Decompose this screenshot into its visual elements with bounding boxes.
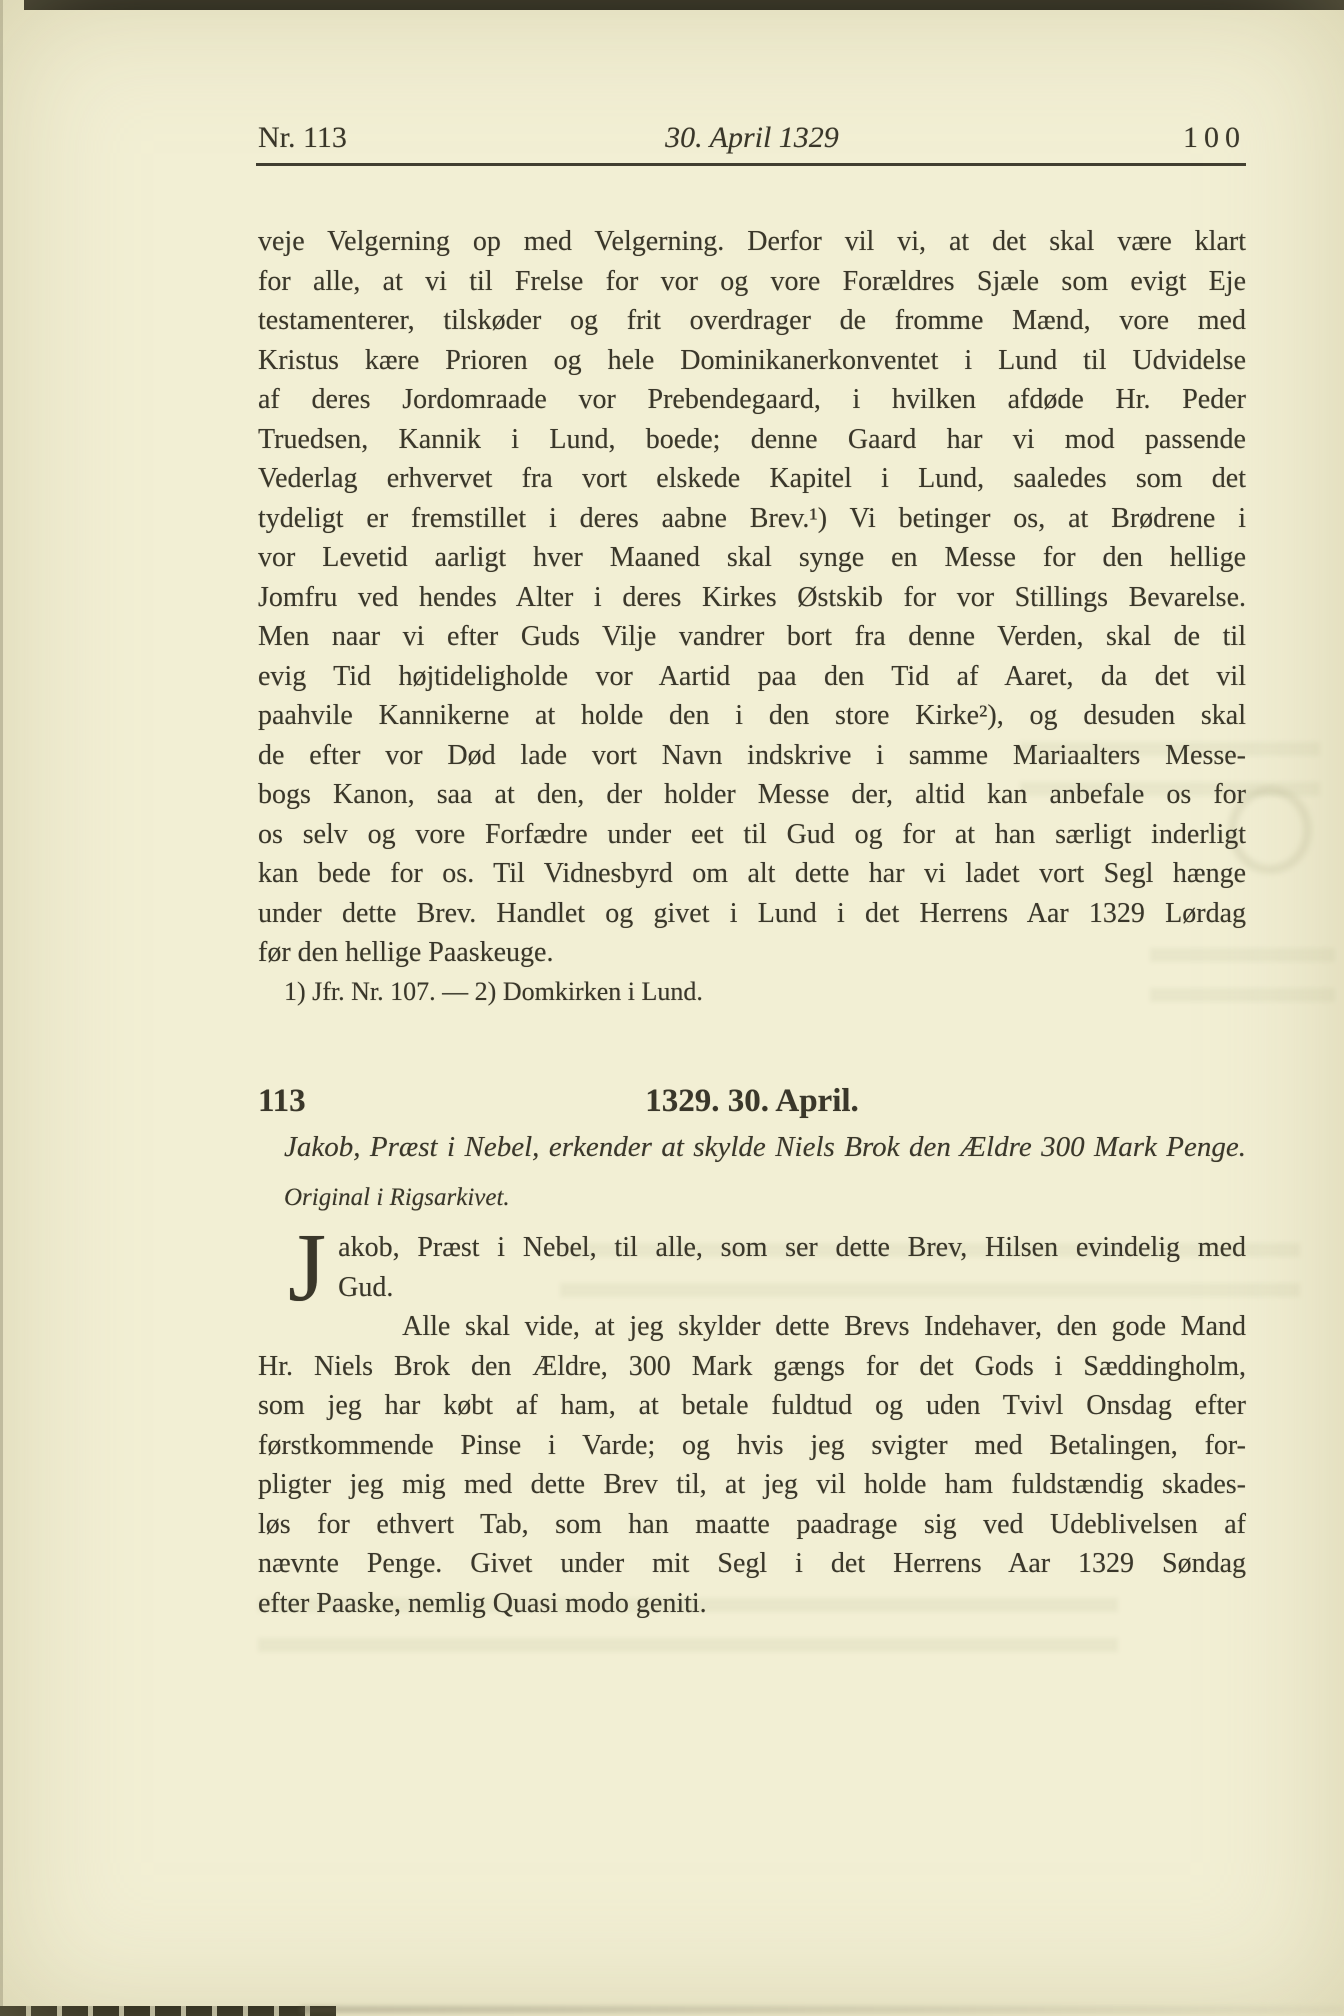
body-line: Hr. Niels Brok den Ældre, 300 Mark gængs…: [258, 1347, 1246, 1387]
body-line: evig Tid højtideligholde vor Aartid paa …: [258, 657, 1246, 697]
body-line: pligter jeg mig med dette Brev til, at j…: [258, 1465, 1246, 1505]
body-line: nævnte Penge. Givet under mit Segl i det…: [258, 1544, 1246, 1584]
doc-113-summary: Jakob, Præst i Nebel, erkender at skylde…: [258, 1131, 1246, 1164]
doc-113-date-heading: 1329. 30. April.: [645, 1083, 859, 1120]
doc-112-footnote: 1) Jfr. Nr. 107. — 2) Domkirken i Lund.: [284, 977, 703, 1007]
body-line: os selv og vore Forfædre under eet til G…: [258, 815, 1246, 855]
body-line: paahvile Kannikerne at holde den i den s…: [258, 696, 1246, 736]
body-line: under dette Brev. Handlet og givet i Lun…: [258, 894, 1246, 934]
body-line: løs for ethvert Tab, som han maatte paad…: [258, 1505, 1246, 1545]
body-line: vor Levetid aarligt hver Maaned skal syn…: [258, 538, 1246, 578]
left-scan-edge: [0, 0, 3, 2016]
body-line: Alle skal vide, at jeg skylder dette Bre…: [258, 1307, 1246, 1347]
doc-113-number: 113: [258, 1083, 306, 1119]
bottom-scan-dashes: [0, 2006, 336, 2016]
page-number: 100: [1183, 121, 1246, 155]
doc-112-text: veje Velgerning op med Velgerning. Derfo…: [258, 222, 1246, 973]
dropcap-initial: J: [258, 1228, 338, 1308]
doc-113-source-note: Original i Rigsarkivet.: [284, 1184, 510, 1212]
body-line: Vederlag erhvervet fra vort elskede Kapi…: [258, 459, 1246, 499]
body-line: Men naar vi efter Guds Vilje vandrer bor…: [258, 617, 1246, 657]
body-line: førstkommende Pinse i Varde; og hvis jeg…: [258, 1426, 1246, 1466]
body-line: bogs Kanon, saa at den, der holder Messe…: [258, 775, 1246, 815]
salutation-line-2: Gud.: [258, 1268, 1246, 1308]
body-line: Jomfru ved hendes Alter i deres Kirkes Ø…: [258, 578, 1246, 618]
header-running-date: 30. April 1329: [665, 121, 839, 155]
doc-113-heading: 113 1329. 30. April.: [258, 1083, 1246, 1120]
salutation-line-1: akob, Præst i Nebel, til alle, som ser d…: [258, 1228, 1246, 1268]
body-line: efter Paaske, nemlig Quasi modo geniti.: [258, 1584, 1246, 1624]
body-line: veje Velgerning op med Velgerning. Derfo…: [258, 222, 1246, 262]
body-line: Truedsen, Kannik i Lund, boede; denne Ga…: [258, 420, 1246, 460]
body-line: Kristus kære Prioren og hele Dominikaner…: [258, 341, 1246, 381]
body-line: for alle, at vi til Frelse for vor og vo…: [258, 262, 1246, 302]
bottom-scan-smudge: [300, 2006, 1344, 2013]
top-scan-bar: [24, 0, 1344, 10]
scanned-book-page: { "colors": { "paper": "#f2efd4", "ink":…: [0, 0, 1344, 2016]
body-line: som jeg har købt af ham, at betale fuldt…: [258, 1386, 1246, 1426]
body-line: tydeligt er fremstillet i deres aabne Br…: [258, 499, 1246, 539]
running-header: Nr. 113 30. April 1329 100: [258, 121, 1246, 155]
body-line: af deres Jordomraade vor Prebendegaard, …: [258, 380, 1246, 420]
body-line: før den hellige Paaskeuge.: [258, 933, 1246, 973]
header-rule: [256, 163, 1246, 166]
body-line: testamenterer, tilskøder og frit overdra…: [258, 301, 1246, 341]
header-document-number: Nr. 113: [258, 121, 347, 154]
doc-113-body: J akob, Præst i Nebel, til alle, som ser…: [258, 1228, 1246, 1623]
body-line: de efter vor Død lade vort Navn indskriv…: [258, 736, 1246, 776]
body-line: kan bede for os. Til Vidnesbyrd om alt d…: [258, 854, 1246, 894]
